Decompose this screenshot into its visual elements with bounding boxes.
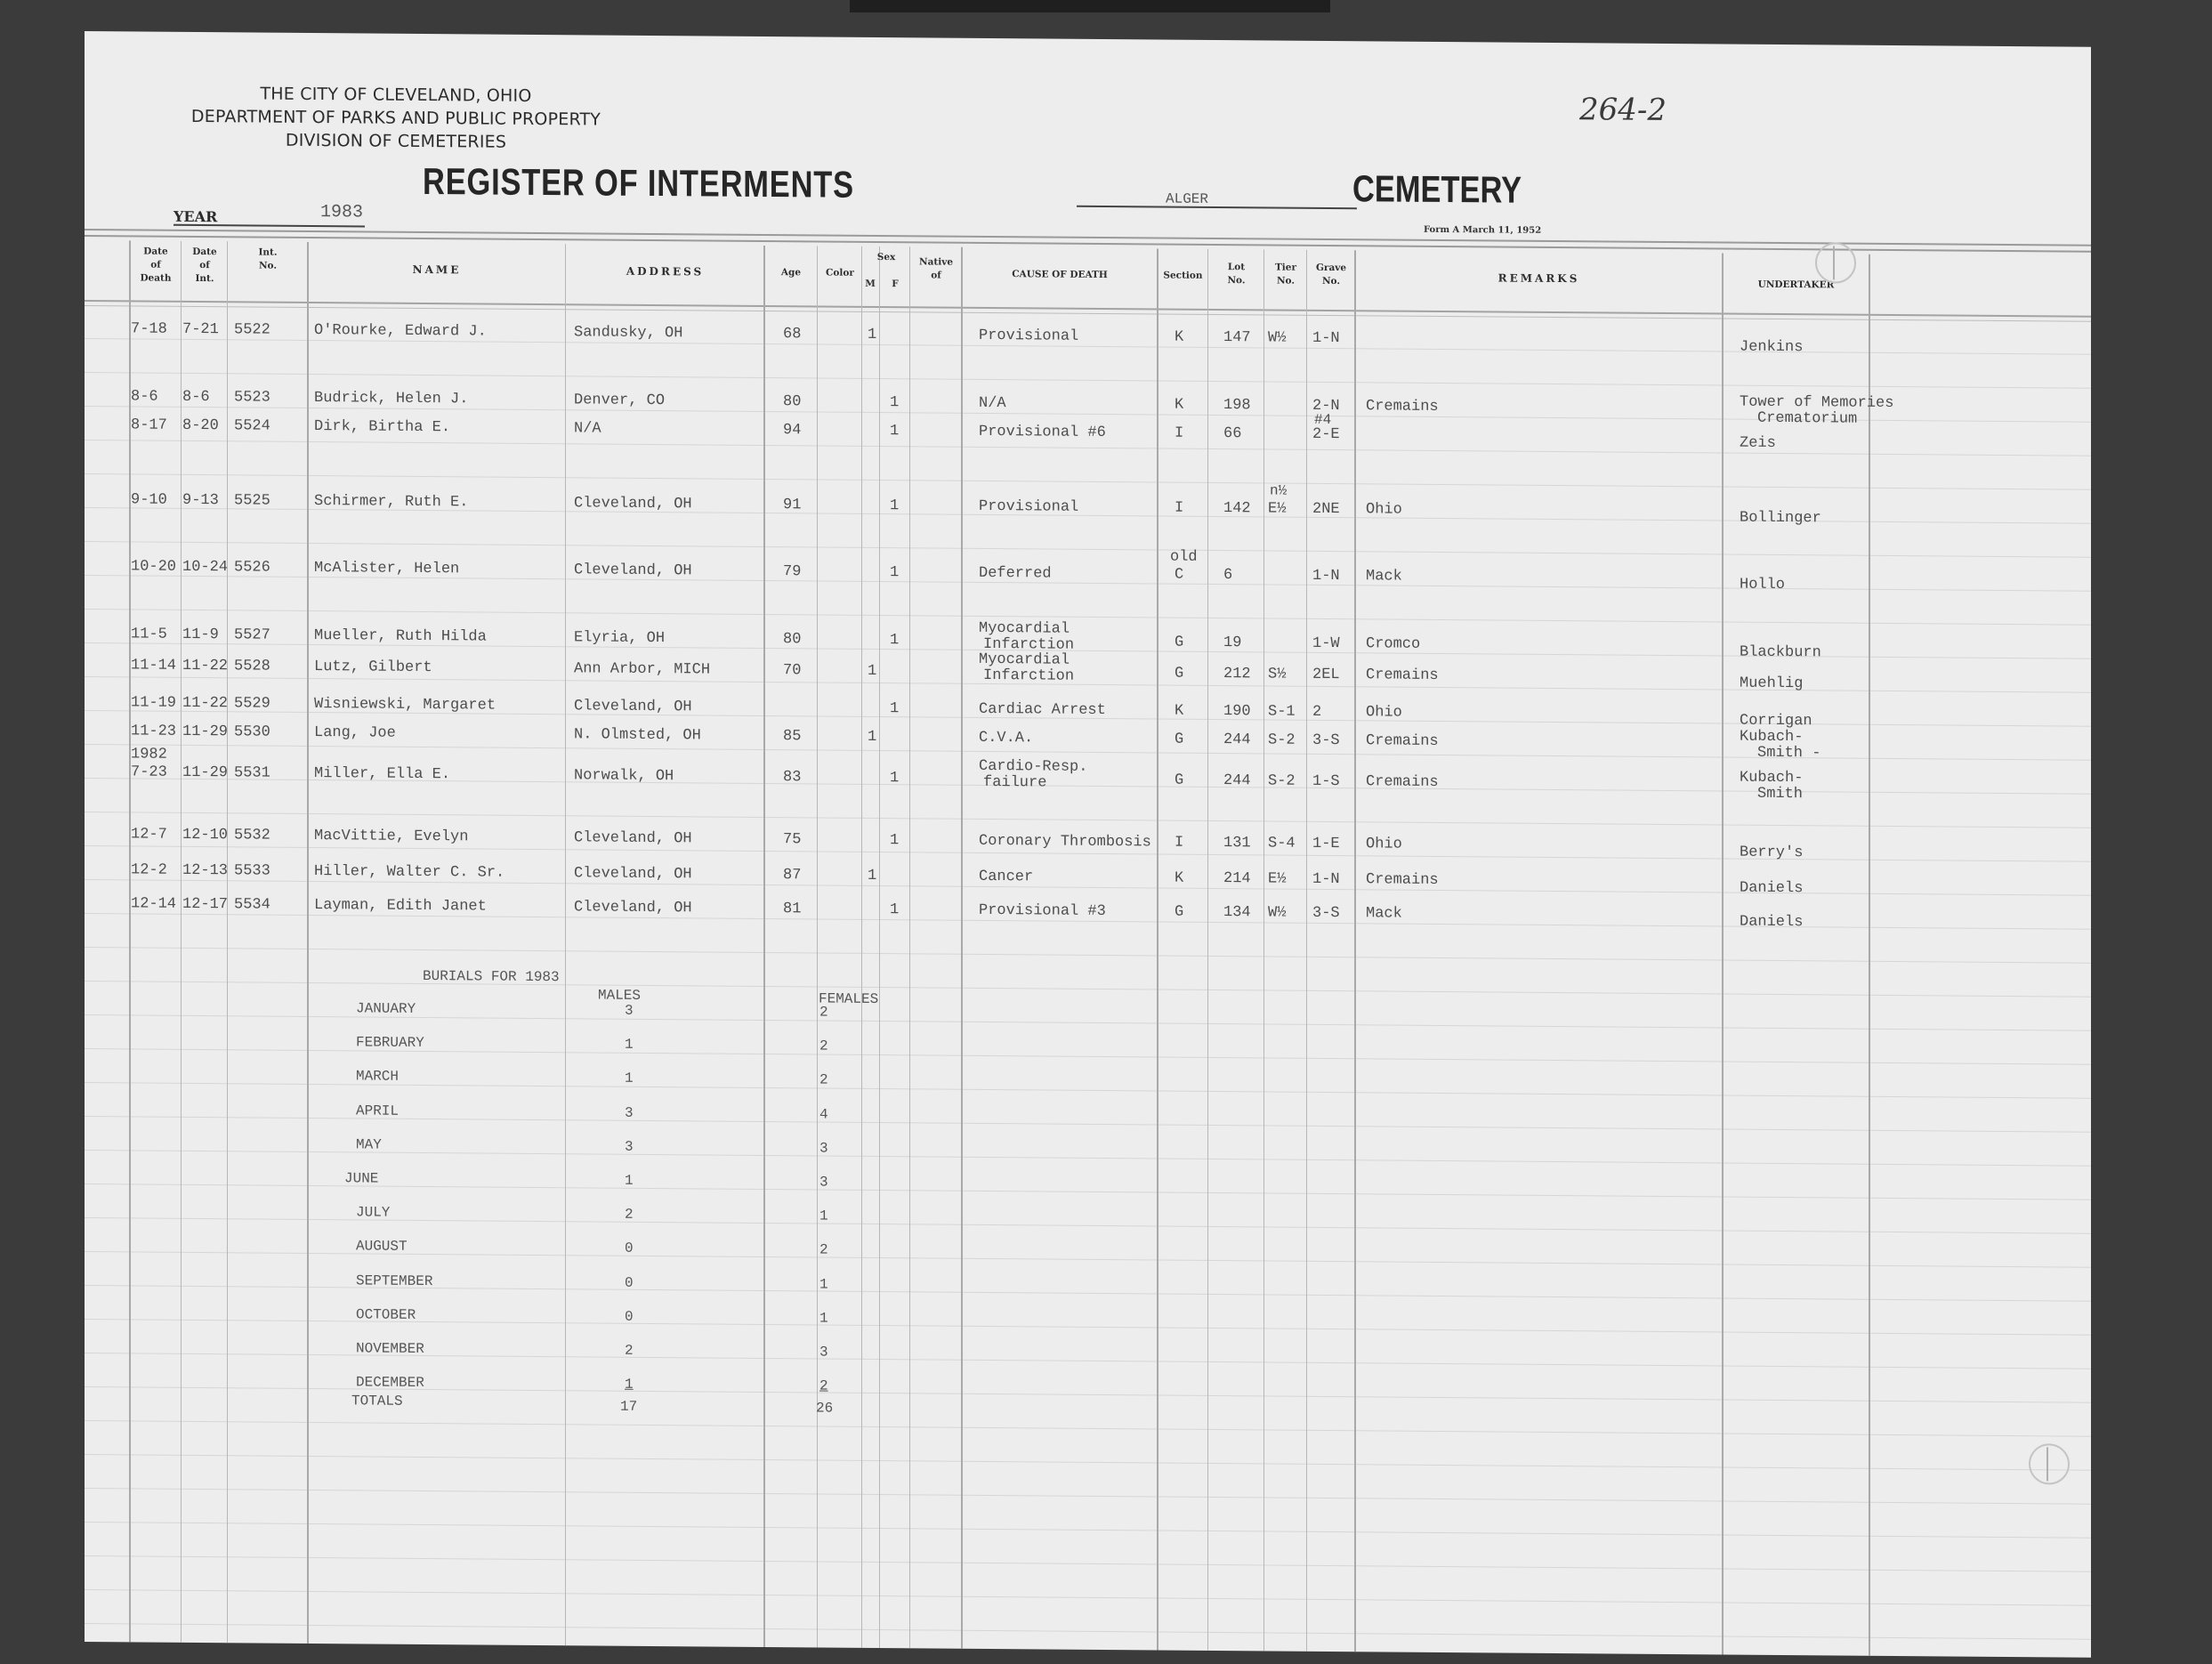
- sex-male-mark: 1: [868, 327, 876, 343]
- col-header-sex-f: F: [881, 278, 909, 291]
- undertaker: Berry's: [1740, 844, 1803, 862]
- col-line: [1354, 250, 1356, 1652]
- undertaker-line2: Crematorium: [1757, 410, 1857, 428]
- burials-males-header: MALES: [598, 988, 641, 1004]
- sex-female-mark: 1: [890, 770, 899, 787]
- deceased-name: Wisniewski, Margaret: [314, 696, 496, 715]
- date-of-interment: 12-17: [182, 896, 228, 913]
- deceased-name: Lang, Joe: [314, 724, 396, 742]
- month-label: DECEMBER: [356, 1375, 424, 1392]
- lot-number: 244: [1223, 772, 1251, 789]
- deceased-name: Hiller, Walter C. Sr.: [314, 863, 505, 882]
- ruled-line: [85, 1420, 2091, 1437]
- col-line: [227, 241, 228, 1643]
- remarks: Cremains: [1366, 398, 1439, 416]
- month-label: APRIL: [356, 1103, 399, 1119]
- month-females: 1: [819, 1276, 828, 1292]
- date-of-interment: 12-10: [182, 827, 228, 844]
- date-of-interment: 8-20: [182, 417, 219, 434]
- lot-number: 147: [1223, 329, 1251, 346]
- grave-number: 1-E: [1312, 836, 1340, 852]
- col-header-cause: CAUSE OF DEATH: [963, 268, 1157, 283]
- address: N/A: [574, 420, 601, 437]
- lot-number: 66: [1223, 425, 1241, 442]
- month-label: JULY: [356, 1205, 390, 1221]
- month-females: 2: [819, 1038, 828, 1054]
- date-of-death: 11-5: [131, 626, 167, 642]
- org-line-division: DIVISION OF CEMETERIES: [218, 130, 574, 152]
- date-of-interment: 9-13: [182, 492, 219, 509]
- section: G: [1175, 634, 1183, 651]
- remarks: Ohio: [1366, 704, 1402, 721]
- sex-female-mark: 1: [890, 423, 899, 440]
- month-label: MARCH: [356, 1069, 399, 1085]
- cause-of-death: C.V.A.: [979, 730, 1033, 747]
- burials-month-row: JUNE13: [85, 31, 2091, 47]
- tier-number: W½: [1268, 904, 1286, 921]
- month-females: 3: [819, 1344, 828, 1360]
- col-header-int-no: Int.No.: [229, 246, 307, 273]
- remarks: Mack: [1366, 905, 1402, 922]
- ruled-line: [85, 1183, 2091, 1200]
- cause-of-death: Coronary Thrombosis: [979, 833, 1151, 852]
- month-males: 0: [625, 1274, 634, 1290]
- interment-number: 5525: [234, 492, 270, 509]
- interment-number: 5527: [234, 626, 270, 643]
- sex-female-mark: 1: [890, 901, 899, 918]
- interment-number: 5528: [234, 658, 270, 674]
- date-of-death: 9-10: [131, 491, 167, 508]
- col-header-lot: LotNo.: [1209, 261, 1263, 287]
- date-of-interment: 11-9: [182, 626, 219, 643]
- cause-of-death: Myocardial: [979, 620, 1070, 638]
- interment-number: 5523: [234, 389, 270, 406]
- interment-number: 5533: [234, 862, 270, 879]
- col-line: [1157, 248, 1158, 1650]
- month-males: 1: [625, 1070, 634, 1086]
- address: Cleveland, OH: [574, 865, 692, 883]
- burials-month-row: NOVEMBER23: [85, 31, 2091, 47]
- month-females: 3: [819, 1174, 828, 1190]
- address: Cleveland, OH: [574, 829, 692, 847]
- date-of-death: 8-17: [131, 416, 167, 433]
- month-label: JUNE: [344, 1170, 378, 1186]
- date-of-death: 12-2: [131, 861, 167, 878]
- section: G: [1175, 904, 1183, 921]
- col-line: [1306, 250, 1307, 1652]
- date-of-interment: 10-24: [182, 559, 228, 576]
- month-label: SEPTEMBER: [356, 1272, 432, 1289]
- remarks: Cremains: [1366, 666, 1439, 684]
- col-header-name: NAME: [309, 263, 565, 278]
- address: Elyria, OH: [574, 629, 665, 647]
- grave-number: 1-W: [1312, 635, 1340, 652]
- grave-number: 3-S: [1312, 905, 1340, 922]
- burials-title: BURIALS FOR 1983: [423, 968, 560, 985]
- interment-table-body: 7-187-215522O'Rourke, Edward J.Sandusky,…: [85, 31, 2091, 47]
- grave-number: 2: [1312, 704, 1321, 721]
- grave-note: #4: [1314, 412, 1331, 429]
- date-of-death: 11-19: [131, 694, 176, 711]
- cause-of-death: N/A: [979, 395, 1006, 412]
- date-of-interment: 7-21: [182, 321, 219, 338]
- ruled-line: [85, 1589, 2091, 1606]
- remarks: Cromco: [1366, 635, 1420, 652]
- undertaker: Blackburn: [1740, 644, 1821, 662]
- col-header-age: Age: [765, 266, 817, 279]
- month-females: 2: [819, 1004, 828, 1020]
- ruled-line: [85, 1150, 2091, 1167]
- grave-number: 2EL: [1312, 666, 1340, 683]
- deceased-name: Budrick, Helen J.: [314, 390, 468, 408]
- deceased-name: Mueller, Ruth Hilda: [314, 627, 487, 646]
- month-males: 3: [625, 1104, 634, 1120]
- col-header-remarks: REMARKS: [1356, 271, 1722, 287]
- month-label: JANUARY: [356, 1000, 416, 1017]
- date-of-death: 10-20: [131, 558, 176, 575]
- grave-number: 1-S: [1312, 773, 1340, 790]
- month-label: MAY: [356, 1136, 382, 1152]
- col-line: [961, 247, 963, 1649]
- interment-number: 5529: [234, 695, 270, 712]
- binder-hole-icon: [1815, 242, 1856, 283]
- page-reference: 264-2: [1579, 92, 1667, 128]
- section: K: [1175, 329, 1183, 346]
- burials-month-row: JULY21: [85, 31, 2091, 47]
- month-females: 2: [819, 1242, 828, 1258]
- age: 79: [783, 563, 801, 580]
- interment-number: 5526: [234, 559, 270, 576]
- col-line: [817, 246, 818, 1647]
- month-females: 1: [819, 1310, 828, 1326]
- grave-number: 2NE: [1312, 501, 1340, 518]
- month-females: 2: [819, 1378, 828, 1394]
- section: C: [1175, 567, 1183, 584]
- age: 94: [783, 422, 801, 439]
- month-males: 1: [625, 1037, 634, 1053]
- deceased-name: Layman, Edith Janet: [314, 897, 487, 916]
- cause-of-death: Myocardial: [979, 651, 1070, 669]
- burials-month-row: OCTOBER01: [85, 31, 2091, 47]
- date-of-interment: 11-29: [182, 764, 228, 781]
- cause-of-death: Cardio-Resp.: [979, 758, 1087, 776]
- undertaker: Jenkins: [1740, 339, 1803, 357]
- remarks: Ohio: [1366, 836, 1402, 852]
- form-note: Form A March 11, 1952: [1424, 225, 1541, 236]
- ruled-line: [85, 1014, 2091, 1031]
- ruled-line: [85, 947, 2091, 964]
- address: Cleveland, OH: [574, 698, 692, 715]
- lot-number: 212: [1223, 666, 1251, 683]
- month-males: 3: [625, 1003, 634, 1019]
- age: 81: [783, 901, 801, 917]
- col-header-date-int: DateofInt.: [182, 246, 227, 286]
- col-header-tier: TierNo.: [1265, 261, 1306, 287]
- month-males: 1: [625, 1173, 634, 1189]
- col-line: [861, 246, 862, 1648]
- lot-number: 214: [1223, 870, 1251, 887]
- tier-number: S-4: [1268, 835, 1296, 852]
- month-label: NOVEMBER: [356, 1340, 424, 1357]
- interment-number: 5531: [234, 764, 270, 781]
- ruled-line: [85, 812, 2091, 828]
- lot-number: 198: [1223, 397, 1251, 414]
- month-males: 1: [625, 1377, 634, 1393]
- ruled-line: [85, 440, 2091, 456]
- cause-of-death: Provisional #3: [979, 902, 1106, 920]
- ruled-line: [85, 1488, 2091, 1505]
- binder-hole-icon: [2029, 1443, 2070, 1484]
- col-line: [909, 246, 910, 1648]
- remarks: Cremains: [1366, 732, 1439, 750]
- lot-number: 6: [1223, 567, 1232, 584]
- age: 70: [783, 662, 801, 679]
- deceased-name: O'Rourke, Edward J.: [314, 322, 487, 341]
- tier-number: E½: [1268, 500, 1286, 517]
- address: Sandusky, OH: [574, 324, 682, 342]
- sex-male-mark: 1: [868, 729, 876, 746]
- date-of-interment: 11-29: [182, 723, 228, 740]
- cause-of-death: Deferred: [979, 565, 1052, 583]
- date-of-death: 7-23: [131, 763, 167, 780]
- month-females: 2: [819, 1072, 828, 1088]
- deceased-name: MacVittie, Evelyn: [314, 828, 468, 845]
- table-row: 12-712-105532MacVittie, EvelynCleveland,…: [85, 31, 2091, 47]
- interment-number: 5534: [234, 896, 270, 913]
- cause-of-death: Provisional: [979, 498, 1078, 516]
- undertaker: Muehlig: [1740, 675, 1803, 693]
- section: G: [1175, 666, 1183, 683]
- col-line: [129, 240, 131, 1642]
- col-line: [307, 242, 309, 1644]
- undertaker: Corrigan: [1740, 713, 1812, 731]
- section: G: [1175, 731, 1183, 748]
- table-row: 10-2010-245526McAlister, HelenCleveland,…: [85, 31, 2091, 47]
- ruled-line: [85, 1454, 2091, 1471]
- burials-month-row: APRIL34: [85, 31, 2091, 47]
- col-line: [1207, 249, 1208, 1651]
- age: 68: [783, 326, 801, 343]
- col-line: [1263, 249, 1264, 1651]
- grave-number: 1-N: [1312, 330, 1340, 347]
- grave-number: 1-N: [1312, 871, 1340, 888]
- cause-of-death: Provisional: [979, 327, 1078, 345]
- month-females: 1: [819, 1208, 828, 1224]
- age: 75: [783, 831, 801, 848]
- col-header-sex: Sex: [863, 251, 909, 264]
- section: K: [1175, 397, 1183, 414]
- month-males: 2: [625, 1207, 634, 1223]
- date-of-interment: 11-22: [182, 695, 228, 712]
- address: Cleveland, OH: [574, 561, 692, 579]
- scanner-top-strip: [850, 0, 1330, 12]
- cause-of-death: Cardiac Arrest: [979, 701, 1106, 719]
- section-note: old: [1170, 549, 1198, 566]
- burials-month-row: MARCH12: [85, 31, 2091, 47]
- col-header-grave: GraveNo.: [1308, 262, 1354, 288]
- sex-female-mark: 1: [890, 832, 899, 849]
- tier-number: E½: [1268, 870, 1286, 887]
- header-rule-top: [85, 229, 2091, 253]
- date-of-interment: 8-6: [182, 389, 210, 406]
- ruled-line: [85, 1555, 2091, 1572]
- interment-number: 5532: [234, 827, 270, 844]
- age: 80: [783, 393, 801, 410]
- lot-number: 142: [1223, 500, 1251, 517]
- address: Cleveland, OH: [574, 899, 692, 917]
- tier-number: W½: [1268, 329, 1286, 346]
- burials-month-row: FEBRUARY12: [85, 31, 2091, 47]
- col-line: [181, 241, 182, 1643]
- undertaker-line2: Smith -: [1757, 745, 1820, 763]
- ruled-line: [85, 1522, 2091, 1539]
- age: 80: [783, 631, 801, 648]
- burials-month-row: AUGUST02: [85, 31, 2091, 47]
- sex-female-mark: 1: [890, 700, 899, 717]
- ruled-line: [85, 609, 2091, 626]
- month-males: 0: [625, 1240, 634, 1256]
- date-of-death: 8-6: [131, 388, 158, 405]
- deceased-name: Dirk, Birtha E.: [314, 418, 450, 436]
- undertaker: Zeis: [1740, 435, 1776, 452]
- age: 85: [783, 728, 801, 745]
- lot-number: 134: [1223, 904, 1251, 921]
- col-header-date-death: DateofDeath: [131, 245, 181, 285]
- col-header-undertaker: UNDERTAKER: [1724, 278, 1869, 292]
- table-row: 11-1411-225528Lutz, GilbertAnn Arbor, MI…: [85, 31, 2091, 47]
- table-row: 11-511-95527Mueller, Ruth HildaElyria, O…: [85, 31, 2091, 47]
- ruled-line: [85, 473, 2091, 490]
- undertaker: Daniels: [1740, 880, 1803, 898]
- table-row: 7-187-215522O'Rourke, Edward J.Sandusky,…: [85, 31, 2091, 47]
- month-label: FEBRUARY: [356, 1035, 424, 1052]
- section: I: [1175, 835, 1183, 852]
- address: Denver, CO: [574, 392, 665, 409]
- ruled-line: [85, 541, 2091, 558]
- undertaker: Hollo: [1740, 577, 1785, 594]
- date-of-death: 7-18: [131, 320, 167, 337]
- col-header-color: Color: [819, 266, 861, 279]
- cause-of-death-line2: failure: [983, 774, 1046, 792]
- sex-female-mark: 1: [890, 564, 899, 581]
- burials-month-row: SEPTEMBER01: [85, 31, 2091, 47]
- lot-number: 244: [1223, 731, 1251, 748]
- tier-number: S-2: [1268, 731, 1296, 748]
- deceased-name: Miller, Ella E.: [314, 765, 450, 783]
- tier-number: S-2: [1268, 772, 1296, 789]
- col-header-address: ADDRESS: [567, 264, 763, 279]
- deceased-name: McAlister, Helen: [314, 560, 459, 578]
- table-row: 9-109-135525Schirmer, Ruth E.Cleveland, …: [85, 31, 2091, 47]
- ruled-line: [85, 981, 2091, 998]
- month-males: 0: [625, 1309, 634, 1325]
- month-label: OCTOBER: [356, 1306, 416, 1323]
- col-header-native: Nativeof: [911, 255, 961, 282]
- address: N. Olmsted, OH: [574, 726, 701, 744]
- age: 87: [783, 867, 801, 884]
- lot-number: 19: [1223, 634, 1241, 651]
- section: K: [1175, 703, 1183, 720]
- tier-number: S-1: [1268, 703, 1296, 720]
- cause-of-death: Provisional #6: [979, 424, 1106, 441]
- grave-number: 1-N: [1312, 568, 1340, 585]
- date-of-death: 11-14: [131, 657, 176, 674]
- address: Cleveland, OH: [574, 495, 692, 513]
- burials-month-row: DECEMBER12: [85, 31, 2091, 47]
- month-females: 4: [819, 1106, 828, 1122]
- undertaker-line2: Smith: [1757, 786, 1803, 803]
- address: Ann Arbor, MICH: [574, 660, 710, 678]
- org-line-city: THE CITY OF CLEVELAND, OHIO: [218, 84, 574, 106]
- col-header-sex-m: M: [861, 278, 879, 291]
- cemetery-name: ALGER: [1166, 191, 1208, 207]
- section: G: [1175, 772, 1183, 789]
- burials-total-females: 26: [816, 1400, 833, 1416]
- date-of-death: 12-7: [131, 826, 167, 843]
- ruled-line: [85, 372, 2091, 389]
- section: I: [1175, 500, 1183, 517]
- table-row: 11-2311-295530Lang, JoeN. Olmsted, OH85G…: [85, 31, 2091, 47]
- header-rule-bottom: [85, 300, 2091, 322]
- remarks: Cremains: [1366, 871, 1439, 889]
- undertaker: Kubach-: [1740, 770, 1803, 788]
- tier-note: n½: [1270, 482, 1287, 499]
- col-line: [1869, 254, 1870, 1656]
- col-line: [1722, 253, 1724, 1654]
- remarks: Mack: [1366, 568, 1402, 585]
- interment-number: 5522: [234, 321, 270, 338]
- tier-number: S½: [1268, 666, 1286, 683]
- deceased-name: Lutz, Gilbert: [314, 658, 432, 676]
- section: I: [1175, 425, 1183, 442]
- undertaker: Daniels: [1740, 914, 1803, 932]
- burials-month-row: MAY33: [85, 31, 2091, 47]
- lot-number: 131: [1223, 835, 1251, 852]
- table-row: 8-178-205524Dirk, Birtha E.N/A94I662-E1P…: [85, 31, 2091, 47]
- date-of-interment: 12-13: [182, 862, 228, 879]
- ruled-lines: [85, 31, 2091, 47]
- month-males: 3: [625, 1139, 634, 1155]
- burials-by-month: JANUARY32FEBRUARY12MARCH12APRIL34MAY33JU…: [85, 31, 2091, 47]
- burials-month-row: JANUARY32: [85, 31, 2091, 47]
- age: 83: [783, 769, 801, 786]
- lot-number: 190: [1223, 703, 1251, 720]
- cemetery-label: CEMETERY: [1352, 167, 1522, 211]
- table-row: 8-68-65523Budrick, Helen J.Denver, CO80K…: [85, 31, 2091, 47]
- col-line: [879, 246, 880, 1648]
- undertaker: Bollinger: [1740, 510, 1821, 528]
- death-year-note: 1982: [131, 746, 167, 763]
- table-row: 11-1911-225529Wisniewski, MargaretClevel…: [85, 31, 2091, 47]
- col-header-section: Section: [1158, 269, 1207, 282]
- year-value: 1983: [320, 202, 363, 222]
- register-page: THE CITY OF CLEVELAND, OHIO DEPARTMENT O…: [85, 31, 2091, 1658]
- cemetery-underline: [1077, 206, 1357, 209]
- remarks: Ohio: [1366, 501, 1402, 518]
- table-row: 12-212-135533Hiller, Walter C. Sr.Clevel…: [85, 31, 2091, 47]
- remarks: Cremains: [1366, 773, 1439, 791]
- interment-number: 5530: [234, 723, 270, 740]
- month-label: AUGUST: [356, 1239, 408, 1255]
- sex-male-mark: 1: [868, 868, 876, 885]
- col-line: [565, 244, 566, 1645]
- burials-total-males: 17: [620, 1399, 637, 1415]
- sex-male-mark: 1: [868, 663, 876, 680]
- date-of-death: 11-23: [131, 723, 176, 739]
- age: 91: [783, 497, 801, 513]
- table-row: 12-1412-175534Layman, Edith JanetClevela…: [85, 31, 2091, 47]
- cause-of-death: Cancer: [979, 868, 1033, 885]
